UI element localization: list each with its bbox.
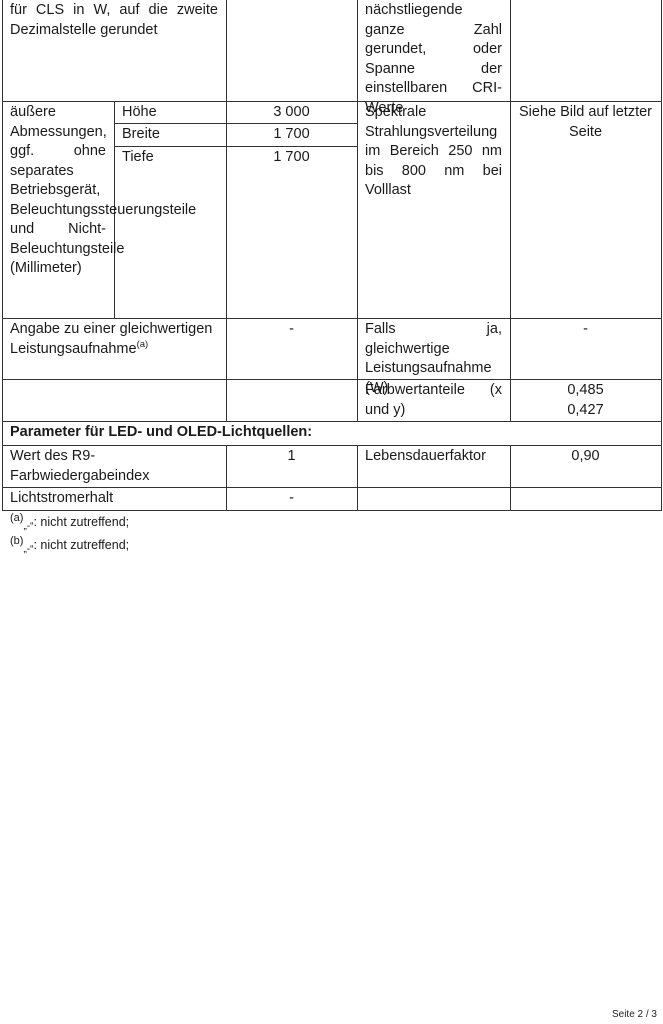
row-divider (2, 510, 662, 511)
spectral-value: Siehe Bild auf letzter Seite (510, 102, 661, 142)
footnote-quote: „-“ (23, 521, 33, 532)
spectral-label: Spektrale Strahlungsverteilung im Bereic… (357, 102, 510, 201)
chromaticity-value: 0,485 0,427 (510, 380, 661, 420)
width-label: Breite (114, 124, 226, 145)
footnote-marker: (b) (10, 535, 23, 547)
r9-value: 1 (226, 446, 357, 467)
cls-label: für CLS in W, auf die zweite Dezimalstel… (2, 0, 226, 40)
width-value: 1 700 (226, 124, 357, 145)
height-label: Höhe (114, 102, 226, 123)
equivalent-value: - (226, 319, 357, 340)
footnote-b: (b)„-“: nicht zutreffend; (10, 537, 129, 558)
col-divider (226, 0, 227, 421)
depth-label: Tiefe (114, 147, 226, 168)
lifetime-factor-label: Lebensdauerfaktor (357, 446, 510, 467)
table-border-right (661, 0, 662, 511)
cri-label: nächstliegende ganze Zahl gerundet, oder… (357, 0, 510, 118)
height-value: 3 000 (226, 102, 357, 123)
chromaticity-label: Farbwertanteile (x und y) (357, 380, 510, 420)
footnote-text: : nicht zutreffend; (33, 538, 129, 552)
section-header: Parameter für LED- und OLED-Lichtquellen… (2, 422, 661, 443)
equivalent-label: Angabe zu einer gleichwertigen Leistungs… (2, 319, 226, 359)
footnote-text: : nicht zutreffend; (33, 515, 129, 529)
footnote-a: (a)„-“: nicht zutreffend; (10, 514, 129, 535)
col-divider (510, 0, 511, 421)
chromaticity-y: 0,427 (518, 401, 653, 421)
footnote-marker: (a) (10, 512, 23, 524)
equivalent-power-value: - (510, 319, 661, 340)
lumen-maintenance-value: - (226, 488, 357, 509)
lumen-maintenance-label: Lichtstromerhalt (2, 488, 226, 509)
footnote-quote: „-“ (23, 544, 33, 555)
footnote-ref: (a) (137, 339, 149, 350)
equivalent-label-text: Angabe zu einer gleichwertigen Leistungs… (10, 321, 212, 357)
dimensions-label: äußere Abmessungen, ggf. ohne separates … (2, 102, 114, 279)
page-number: Seite 2 / 3 (612, 1009, 657, 1020)
chromaticity-x: 0,485 (518, 381, 653, 401)
depth-value: 1 700 (226, 147, 357, 168)
lifetime-factor-value: 0,90 (510, 446, 661, 467)
r9-label: Wert des R9-Farbwiedergabeindex (2, 446, 226, 486)
